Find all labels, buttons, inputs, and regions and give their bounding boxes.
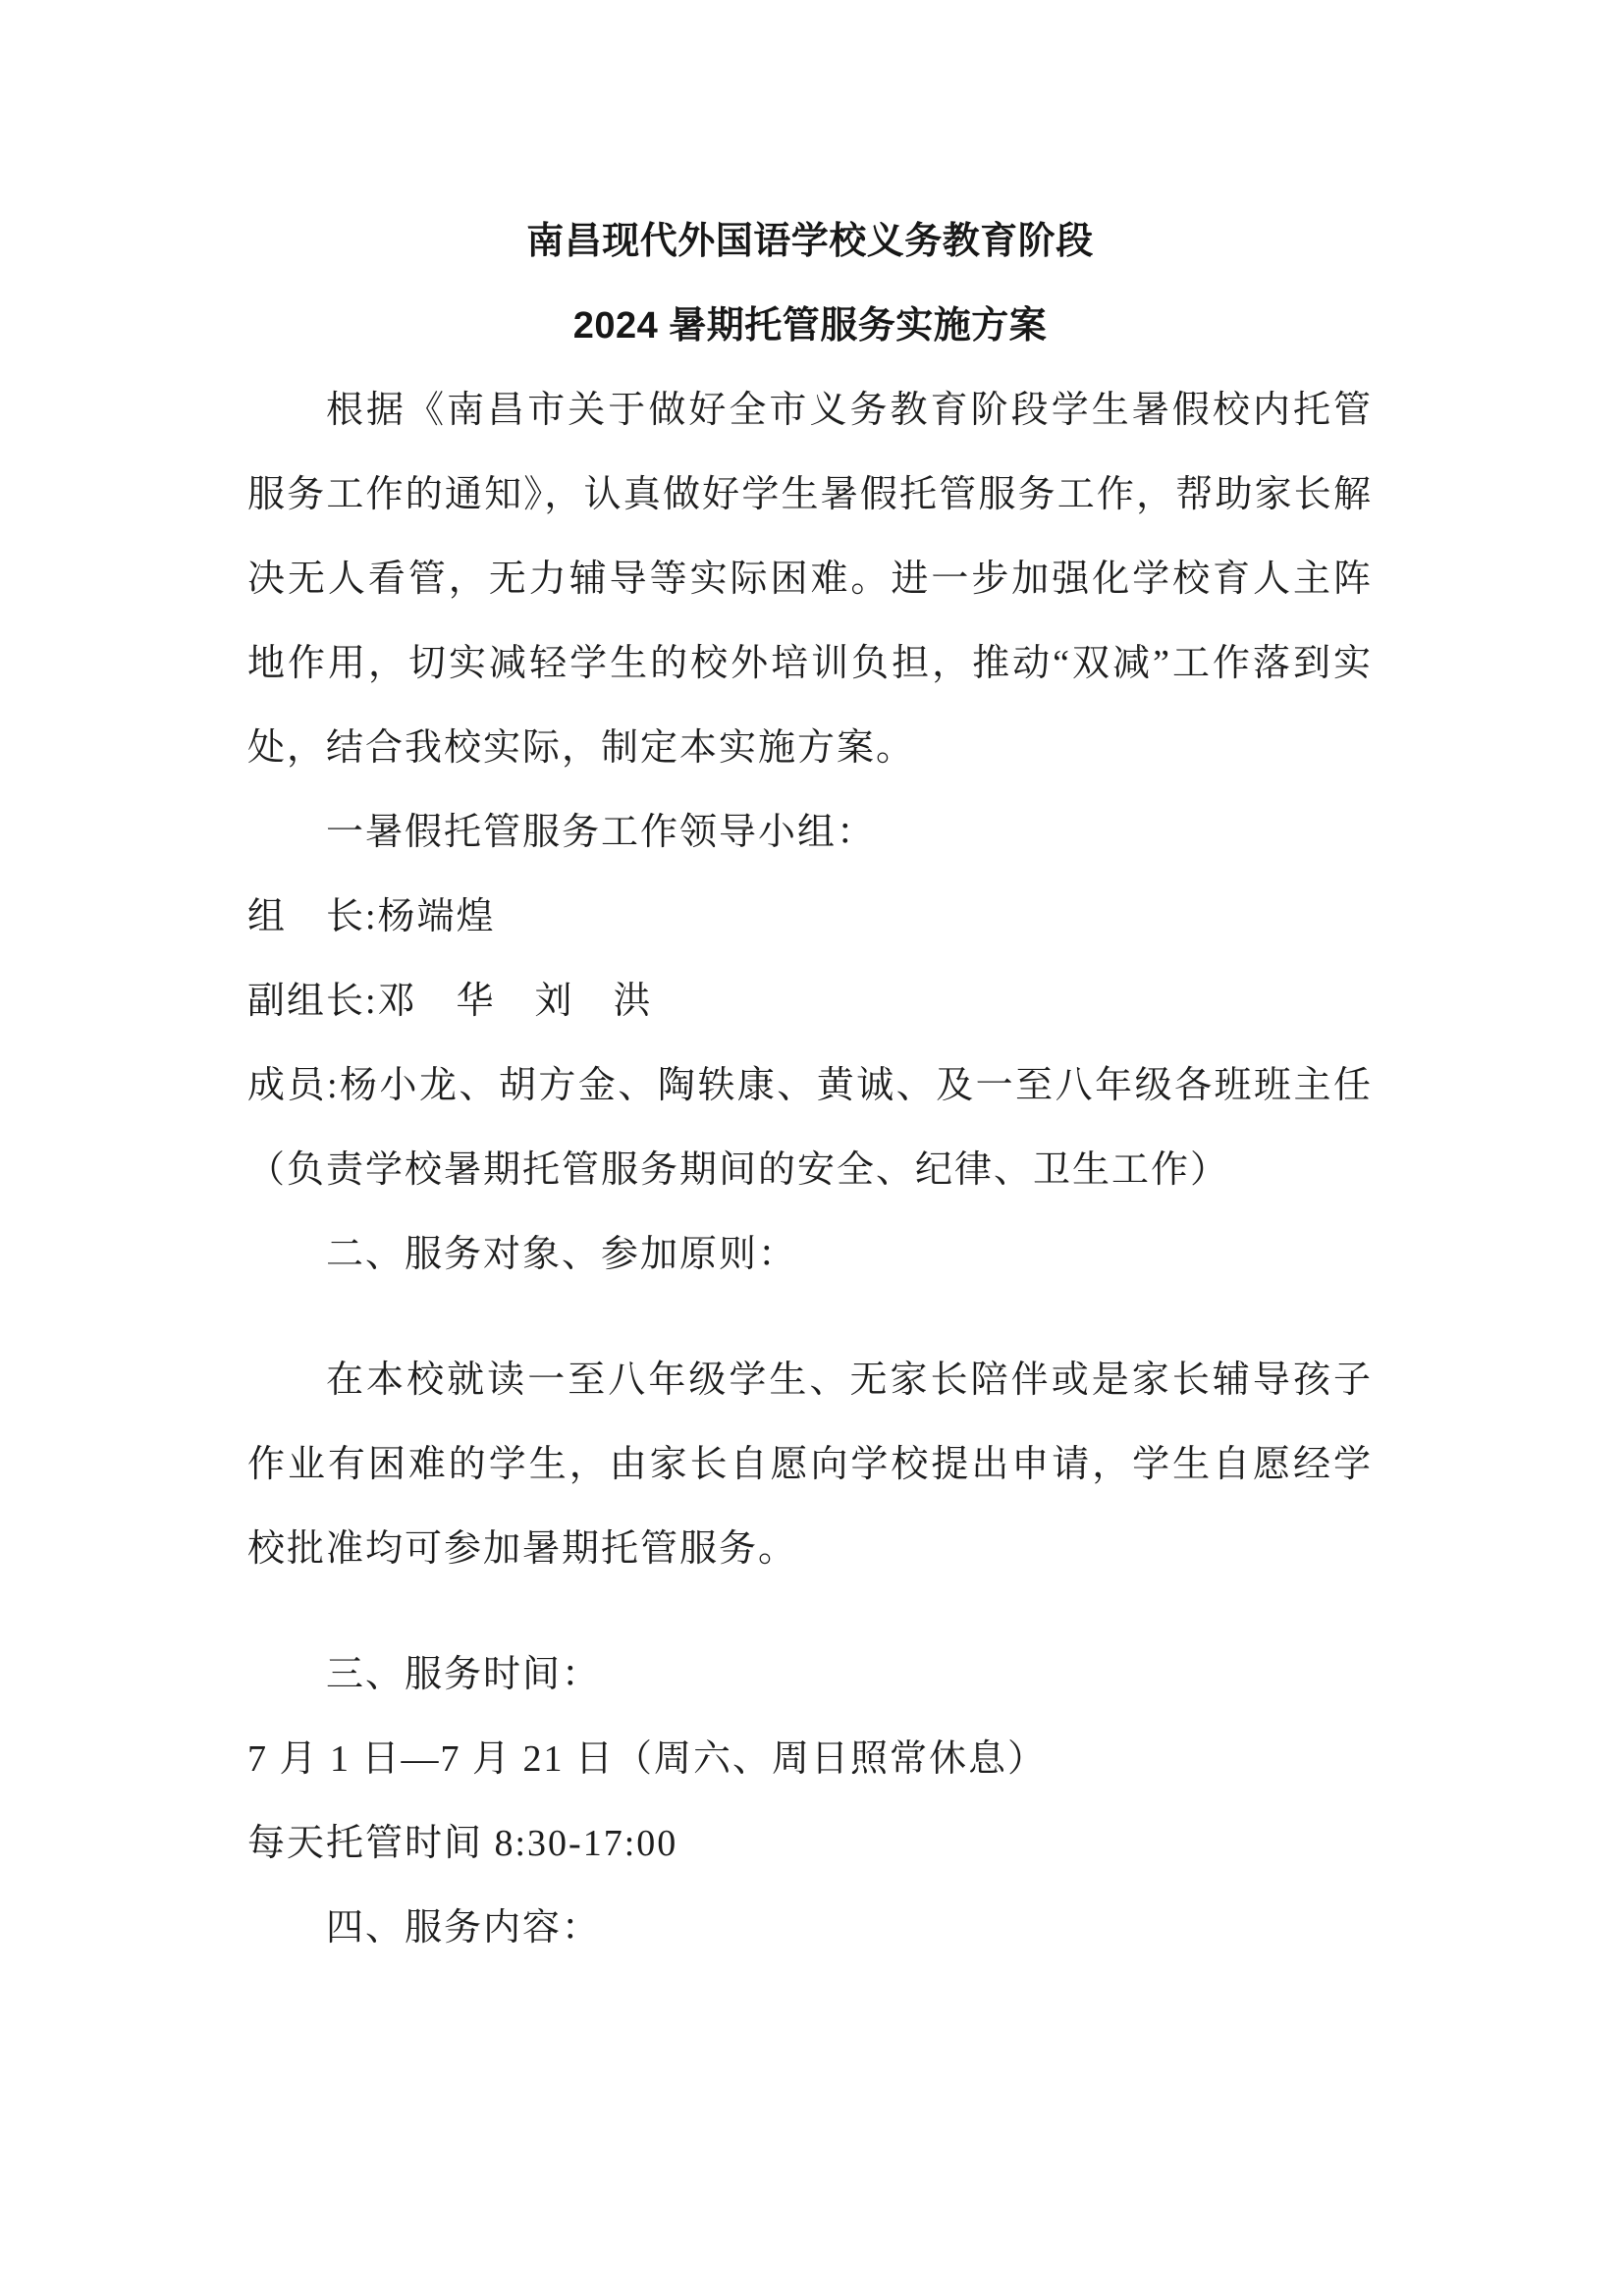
paragraph: 副组长:邓 华 刘 洪: [247, 959, 1373, 1043]
document-page: 南昌现代外国语学校义务教育阶段 2024 暑期托管服务实施方案 根据《南昌市关于…: [0, 0, 1624, 2296]
paragraph: 每天托管时间 8:30-17:00: [247, 1801, 1373, 1886]
paragraph: 成员:杨小龙、胡方金、陶轶康、黄诚、及一至八年级各班班主任（负责学校暑期托管服务…: [247, 1043, 1373, 1212]
paragraph: 根据《南昌市关于做好全市义务教育阶段学生暑假校内托管服务工作的通知》，认真做好学…: [247, 368, 1373, 790]
paragraph: 三、服务时间：: [247, 1632, 1373, 1717]
paragraph: 二、服务对象、参加原则：: [247, 1212, 1373, 1297]
paragraph: 一暑假托管服务工作领导小组：: [247, 790, 1373, 875]
paragraph: 组 长:杨端煌: [247, 875, 1373, 959]
document-body: 根据《南昌市关于做好全市义务教育阶段学生暑假校内托管服务工作的通知》，认真做好学…: [247, 368, 1373, 1970]
document-title-line-2: 2024 暑期托管服务实施方案: [247, 284, 1373, 368]
paragraph: 7 月 1 日—7 月 21 日（周六、周日照常休息）: [247, 1717, 1373, 1801]
paragraph: 四、服务内容：: [247, 1886, 1373, 1970]
document-title-line-1: 南昌现代外国语学校义务教育阶段: [247, 199, 1373, 284]
paragraph: 在本校就读一至八年级学生、无家长陪伴或是家长辅导孩子作业有困难的学生，由家长自愿…: [247, 1338, 1373, 1591]
